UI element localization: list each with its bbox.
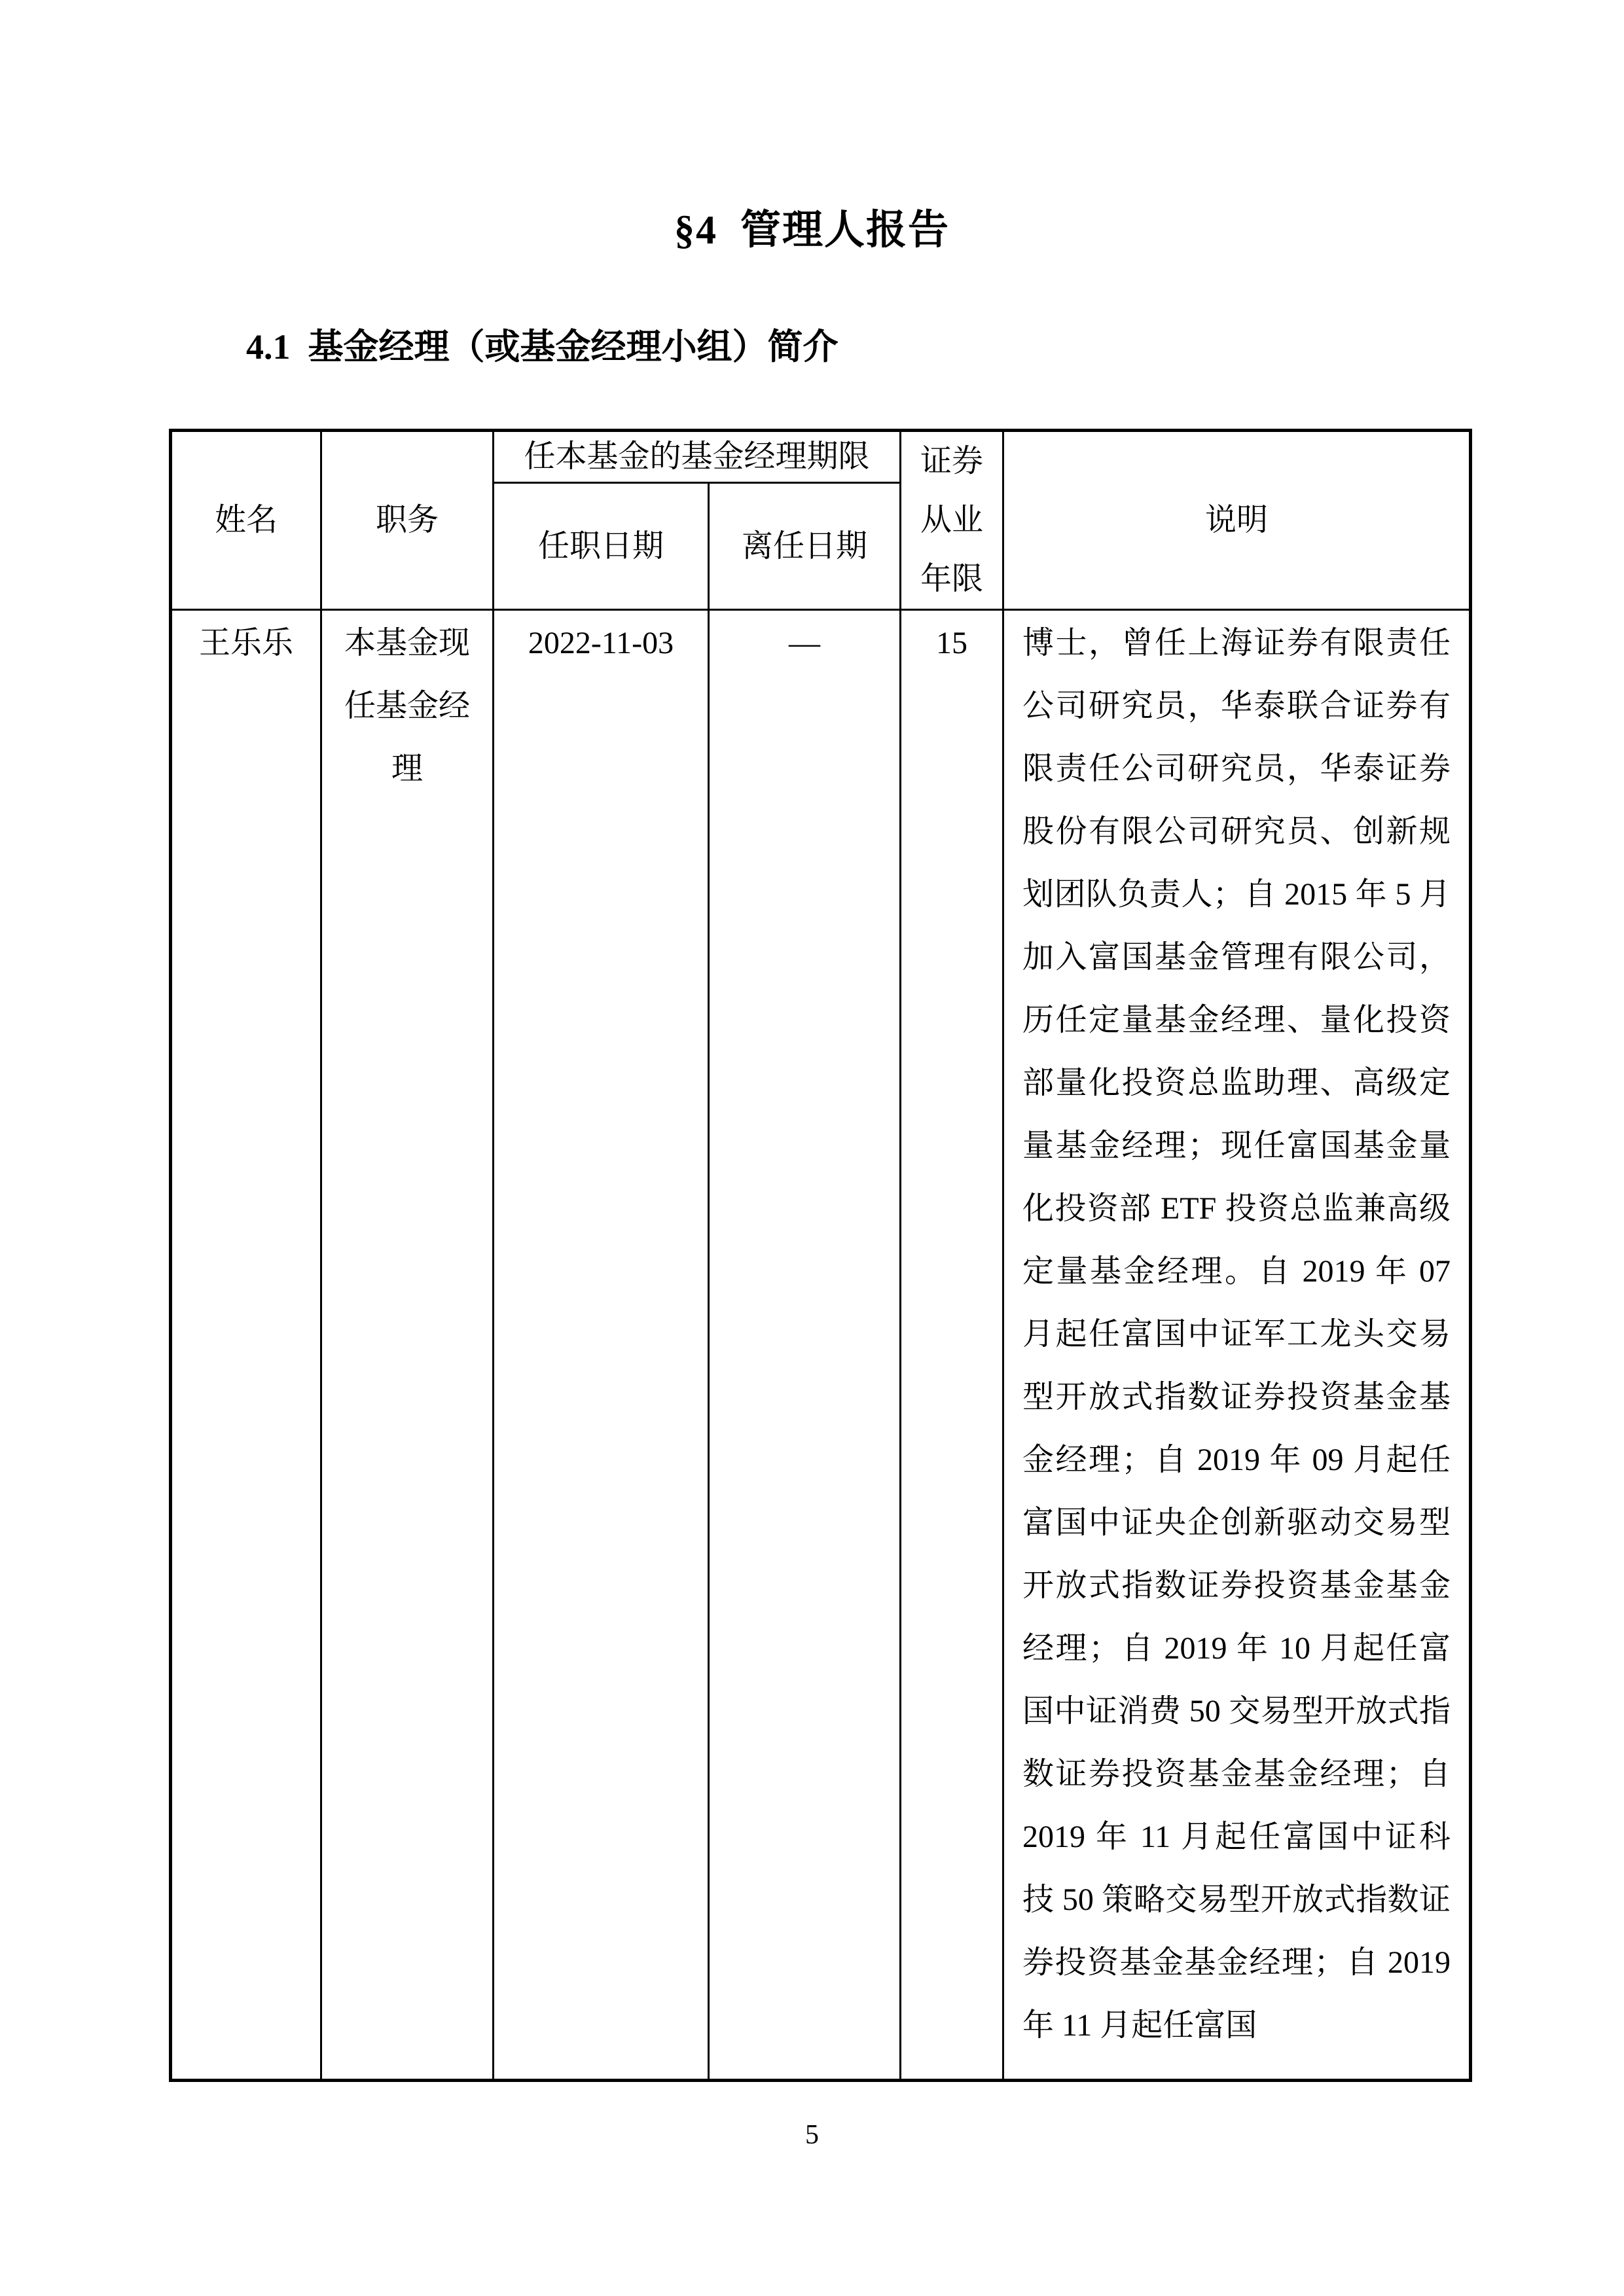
cell-manager-name: 王乐乐	[171, 610, 321, 2081]
cell-manager-description: 博士，曾任上海证券有限责任公司研究员，华泰联合证券有限责任公司研究员，华泰证券股…	[1003, 610, 1471, 2081]
col-header-name: 姓名	[171, 431, 321, 610]
section-heading: 4.1 基金经理（或基金经理小组）简介	[246, 323, 839, 370]
table-header-row-1: 姓名 职务 任本基金的基金经理期限 证券 从业 年限 说明	[171, 431, 1471, 483]
cell-term-end-date: —	[709, 610, 901, 2081]
cell-term-start-date: 2022-11-03	[494, 610, 709, 2081]
page-title: §4 管理人报告	[0, 204, 1624, 257]
col-header-term-group: 任本基金的基金经理期限	[494, 431, 901, 483]
cell-manager-position: 本基金现任基金经理	[321, 610, 494, 2081]
col-header-term-start: 任职日期	[494, 483, 709, 610]
page-number: 5	[0, 2118, 1624, 2152]
fund-manager-table: 姓名 职务 任本基金的基金经理期限 证券 从业 年限 说明 任职日期 离任日期 …	[169, 429, 1472, 2082]
col-header-description: 说明	[1003, 431, 1471, 610]
table-row-manager: 王乐乐 本基金现任基金经理 2022-11-03 — 15 博士，曾任上海证券有…	[171, 610, 1471, 2081]
cell-securities-years: 15	[901, 610, 1003, 2081]
col-header-term-end: 离任日期	[709, 483, 901, 610]
document-page: §4 管理人报告 4.1 基金经理（或基金经理小组）简介 姓名 职务 任本基金的…	[0, 0, 1624, 2296]
col-header-securities-years: 证券 从业 年限	[901, 431, 1003, 610]
col-header-position: 职务	[321, 431, 494, 610]
